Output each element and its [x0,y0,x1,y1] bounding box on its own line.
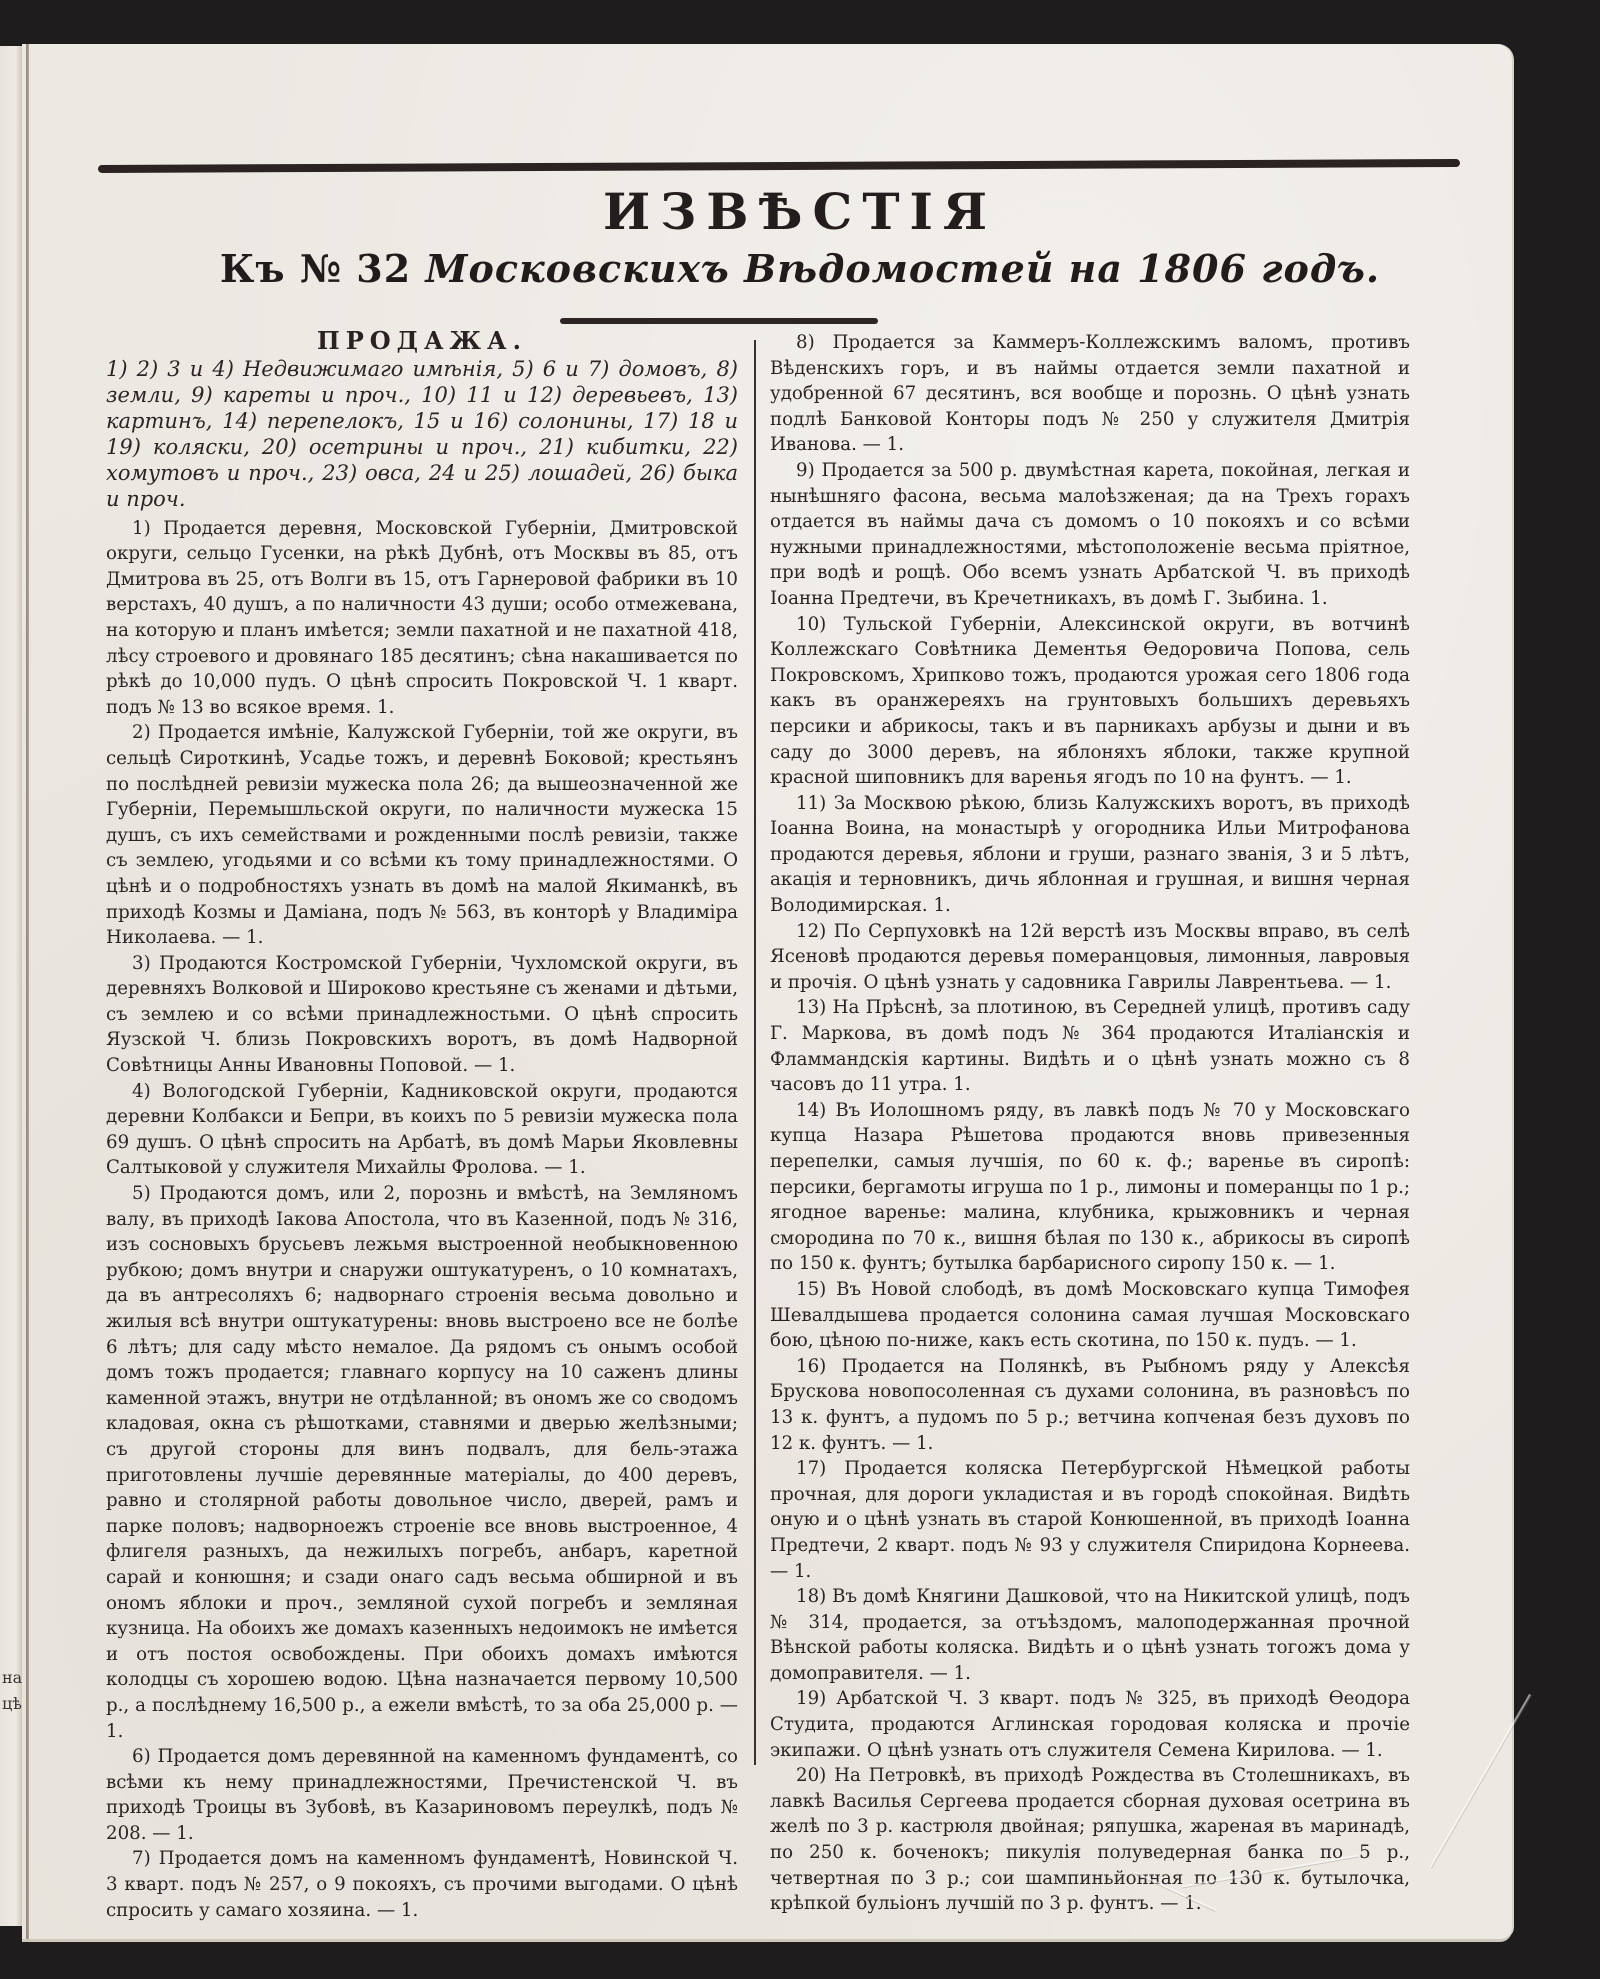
advertisement: 16) Продается на Полянкѣ, въ Рыбномъ ряд… [770,1354,1410,1456]
ad-number: 14) [796,1100,826,1121]
ad-text: Продается домъ на каменномъ фундаментѣ, … [106,1848,738,1920]
advertisement: 5) Продаются домъ, или 2, порознь и вмѣс… [106,1181,738,1744]
section-heading: ПРОДАЖА. [106,328,738,354]
ad-text: Арбатской Ч. 3 кварт. подъ № 325, въ при… [770,1688,1410,1760]
adjacent-page-text-fragment: цѣ [2,1694,22,1713]
advertisement: 17) Продается коляска Петербургской Нѣме… [770,1456,1410,1584]
advertisement: 10) Тульской Губерніи, Алексинской округ… [770,612,1410,791]
right-column: 8) Продается за Каммеръ-Коллежскимъ вало… [770,330,1410,1917]
ad-text: Тульской Губерніи, Алексинской округи, в… [770,614,1410,789]
ad-number: 19) [796,1688,826,1709]
ad-number: 7) [132,1848,151,1869]
ad-number: 16) [796,1356,826,1377]
ad-text: На Прѣснѣ, за плотиною, въ Середней улиц… [770,997,1410,1095]
ad-number: 20) [796,1765,826,1786]
ad-text: По Серпуховкѣ на 12й верстѣ изъ Москвы в… [770,921,1410,993]
advertisement: 4) Вологодской Губерніи, Кадниковской ок… [106,1079,738,1181]
ad-number: 18) [796,1586,826,1607]
adjacent-page-text-fragment: на [2,1668,22,1687]
left-column: ПРОДАЖА. 1) 2) 3 и 4) Недвижимаго имѣнія… [106,328,738,1923]
ad-text: Продается имѣніе, Калужской Губерніи, то… [106,722,738,948]
ad-number: 2) [132,722,151,743]
advertisement: 13) На Прѣснѣ, за плотиною, въ Середней … [770,995,1410,1097]
ad-number: 17) [796,1458,826,1479]
ad-number: 5) [132,1183,151,1204]
ad-number: 10) [796,614,826,635]
ad-text: Продаются Костромской Губерніи, Чухломск… [106,953,738,1076]
ad-text: Въ домѣ Княгини Дашковой, что на Никитск… [770,1586,1410,1684]
ad-number: 6) [132,1746,151,1767]
binding-gutter [26,44,29,1939]
ad-number: 9) [796,460,815,481]
ad-text: Въ Новой слободѣ, въ домѣ Московскаго ку… [770,1279,1410,1351]
ad-number: 1) [132,518,151,539]
column-divider [754,340,756,1765]
ad-text: Продаются домъ, или 2, порознь и вмѣстѣ,… [106,1183,738,1741]
advertisement: 8) Продается за Каммеръ-Коллежскимъ вало… [770,330,1410,458]
ad-text: Вологодской Губерніи, Кадниковской округ… [106,1081,738,1179]
advertisement: 11) За Москвою рѣкою, близь Калужскихъ в… [770,791,1410,919]
ad-number: 3) [132,953,151,974]
ad-text: На Петровкѣ, въ приходѣ Рождества въ Сто… [770,1765,1410,1914]
sale-index: 1) 2) 3 и 4) Недвижимаго имѣнія, 5) 6 и … [106,356,738,512]
publication-name: Московскихъ Вѣдомостей на 1806 годъ. [425,246,1380,291]
ad-text: За Москвою рѣкою, близь Калужскихъ ворот… [770,793,1410,916]
advertisement: 6) Продается домъ деревянной на каменном… [106,1744,738,1846]
advertisement: 18) Въ домѣ Княгини Дашковой, что на Ник… [770,1584,1410,1686]
adjacent-page-edge [0,46,22,1926]
advertisement: 20) На Петровкѣ, въ приходѣ Рождества въ… [770,1763,1410,1917]
ad-text: Продается за Каммеръ-Коллежскимъ валомъ,… [770,332,1410,455]
advertisement: 12) По Серпуховкѣ на 12й верстѣ изъ Моск… [770,919,1410,996]
advertisement: 15) Въ Новой слободѣ, въ домѣ Московскаг… [770,1277,1410,1354]
ad-text: Продается деревня, Московской Губерніи, … [106,518,738,718]
ad-text: Продается за 500 р. двумѣстная карета, п… [770,460,1410,609]
advertisement: 3) Продаются Костромской Губерніи, Чухло… [106,951,738,1079]
ad-number: 8) [796,332,815,353]
ad-number: 15) [796,1279,826,1300]
page-subtitle: Къ № 32 Московскихъ Вѣдомостей на 1806 г… [0,246,1600,291]
ad-text: Продается коляска Петербургской Нѣмецкой… [770,1458,1410,1581]
advertisement: 9) Продается за 500 р. двумѣстная карета… [770,458,1410,612]
advertisement: 1) Продается деревня, Московской Губерні… [106,516,738,721]
issue-number: Къ № 32 [220,246,411,291]
ad-text: Продается домъ деревянной на каменномъ ф… [106,1746,738,1844]
header-rule-divider [560,318,878,324]
ad-text: Въ Иолошномъ ряду, въ лавкѣ подъ № 70 у … [770,1100,1410,1275]
ad-text: Продается на Полянкѣ, въ Рыбномъ ряду у … [770,1356,1410,1454]
advertisement: 2) Продается имѣніе, Калужской Губерніи,… [106,720,738,950]
ad-number: 4) [132,1081,151,1102]
advertisement: 14) Въ Иолошномъ ряду, въ лавкѣ подъ № 7… [770,1098,1410,1277]
advertisement: 19) Арбатской Ч. 3 кварт. подъ № 325, въ… [770,1686,1410,1763]
ad-number: 13) [796,997,826,1018]
ad-number: 12) [796,921,826,942]
advertisement: 7) Продается домъ на каменномъ фундамент… [106,1846,738,1923]
page-title: ИЗВѢСТІЯ [0,182,1600,241]
ad-number: 11) [796,793,826,814]
